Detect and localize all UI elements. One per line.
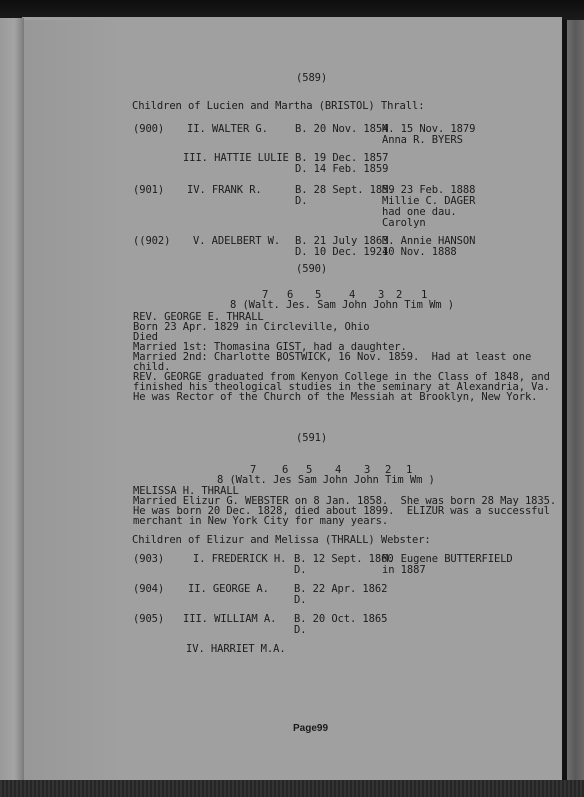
birth-date: B. 28 Sept. 1859 (295, 185, 395, 196)
record-id: (904) (133, 584, 164, 595)
death-date: D. (294, 565, 306, 576)
child-name: I. FREDERICK H. (193, 554, 286, 565)
binding-left-edge (0, 18, 24, 780)
section-heading-lucien-martha: Children of Lucien and Martha (BRISTOL) … (132, 101, 424, 112)
page-footer: Page99 (293, 723, 328, 734)
page-number-590: (590) (296, 264, 327, 275)
biography-line: Married 2nd: Charlotte BOSTWICK, 16 Nov.… (133, 352, 531, 363)
record-id: (900) (133, 124, 164, 135)
death-date: D. (294, 595, 306, 606)
page-number-589: (589) (296, 73, 327, 84)
child-name: V. ADELBERT W. (193, 236, 280, 247)
spouse-name: Anna R. BYERS (382, 135, 463, 146)
record-id: (905) (133, 614, 164, 625)
section-heading-elizur-melissa: Children of Elizur and Melissa (THRALL) … (132, 535, 431, 546)
record-id: ((902) (133, 236, 170, 247)
scan-bottom-shadow (0, 780, 584, 797)
page-fold-shade (24, 20, 124, 780)
biography-line: He was Rector of the Church of the Messi… (133, 392, 537, 403)
death-date: D. (294, 625, 306, 636)
birth-date: B. 20 Oct. 1865 (294, 614, 387, 625)
death-date: D. (295, 196, 307, 207)
child-name: III. HATTIE LULIE (183, 153, 289, 164)
child-name: II. GEORGE A. (188, 584, 269, 595)
marriage-note: Carolyn (382, 218, 426, 229)
biography-line: merchant in New York City for many years… (133, 516, 388, 527)
child-name: IV. HARRIET M.A. (186, 644, 286, 655)
birth-date: B. 20 Nov. 1854 (295, 124, 388, 135)
page-right-edge (567, 20, 584, 780)
biography-line: Born 23 Apr. 1829 in Circleville, Ohio (133, 322, 369, 333)
marriage-date: in 1887 (382, 565, 426, 576)
page-number-591: (591) (296, 433, 327, 444)
lineage-line: 8 (Walt. Jes. Sam John John Tim Wm ) (230, 300, 454, 311)
death-date: D. 14 Feb. 1859 (295, 164, 388, 175)
record-id: (901) (133, 185, 164, 196)
lineage-line: 8 (Walt. Jes Sam John John Tim Wm ) (217, 475, 435, 486)
child-name: IV. FRANK R. (187, 185, 262, 196)
child-name: III. WILLIAM A. (183, 614, 276, 625)
record-id: (903) (133, 554, 164, 565)
marriage-date: 10 Nov. 1888 (382, 247, 457, 258)
birth-date: B. 12 Sept. 1860 (294, 554, 394, 565)
child-name: II. WALTER G. (187, 124, 268, 135)
birth-date: B. 22 Apr. 1862 (294, 584, 387, 595)
death-date: D. 10 Dec. 1924 (295, 247, 388, 258)
